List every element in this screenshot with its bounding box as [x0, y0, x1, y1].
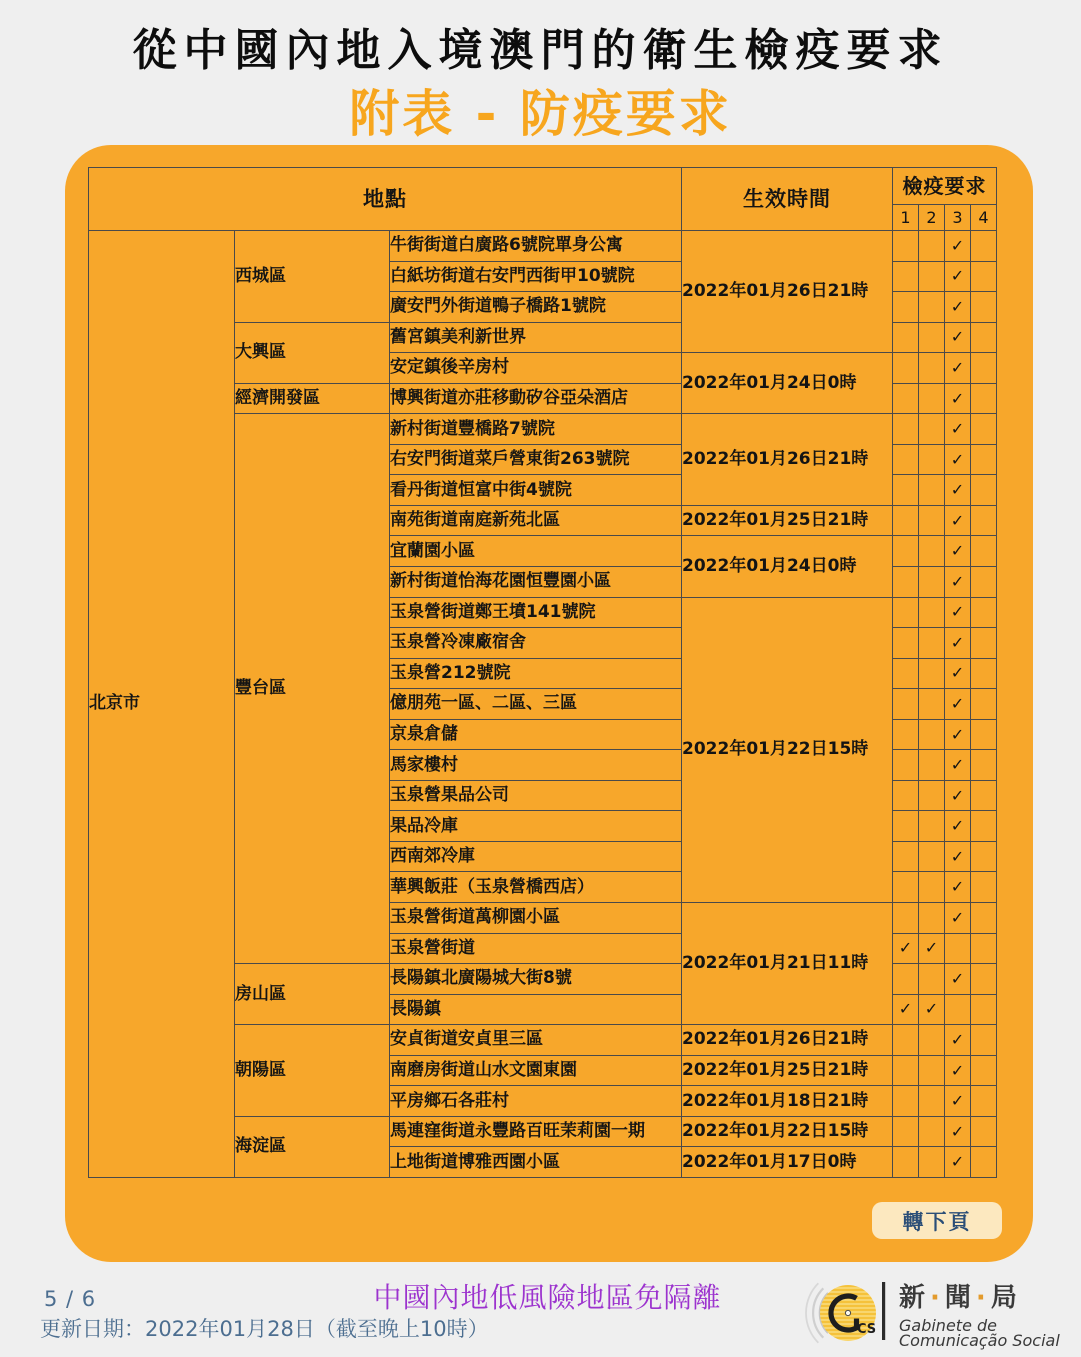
check-cell	[971, 964, 997, 995]
check-cell	[893, 841, 919, 872]
check-cell	[971, 811, 997, 842]
check-cell: ✓	[945, 689, 971, 720]
header-location: 地點	[89, 168, 682, 231]
check-cell	[971, 1055, 997, 1086]
check-cell	[893, 292, 919, 323]
check-cell	[971, 536, 997, 567]
check-cell	[919, 444, 945, 475]
check-cell	[971, 628, 997, 659]
check-cell	[971, 353, 997, 384]
logo-pt-line2: Comunicação Social	[899, 1333, 1060, 1348]
check-cell: ✓	[945, 841, 971, 872]
date-cell: 2022年01月18日21時	[682, 1086, 893, 1117]
district-cell: 海淀區	[235, 1116, 390, 1177]
check-cell	[893, 322, 919, 353]
check-cell	[919, 872, 945, 903]
place-cell: 安定鎮後辛房村	[390, 353, 682, 384]
date-cell: 2022年01月26日21時	[682, 1025, 893, 1056]
check-cell	[893, 719, 919, 750]
logo-cn-char: 聞	[945, 1283, 975, 1313]
place-cell: 玉泉營冷凍廠宿舍	[390, 628, 682, 659]
check-cell	[919, 567, 945, 598]
check-cell	[893, 261, 919, 292]
logo-cn-char: 新	[899, 1283, 929, 1313]
logo-cn-dot: ·	[976, 1283, 990, 1313]
check-cell	[893, 1147, 919, 1178]
check-cell	[893, 780, 919, 811]
check-cell: ✓	[919, 933, 945, 964]
check-cell	[893, 505, 919, 536]
check-cell	[971, 231, 997, 262]
place-cell: 看丹街道恒富中街4號院	[390, 475, 682, 506]
check-cell	[893, 1025, 919, 1056]
place-cell: 右安門街道菜戶營東街263號院	[390, 444, 682, 475]
place-cell: 白紙坊街道右安門西街甲10號院	[390, 261, 682, 292]
check-cell	[971, 261, 997, 292]
check-cell	[919, 536, 945, 567]
check-cell	[893, 872, 919, 903]
check-cell: ✓	[945, 872, 971, 903]
check-cell	[919, 292, 945, 323]
check-cell	[893, 964, 919, 995]
check-cell	[919, 1147, 945, 1178]
check-cell	[919, 597, 945, 628]
check-cell	[893, 689, 919, 720]
header-quarantine-requirements: 檢疫要求	[893, 168, 997, 205]
place-cell: 玉泉營街道萬柳園小區	[390, 903, 682, 934]
check-cell	[971, 322, 997, 353]
place-cell: 南磨房街道山水文園東園	[390, 1055, 682, 1086]
table-header-row-1: 地點 生效時間 檢疫要求	[89, 168, 997, 205]
place-cell: 平房鄉石各莊村	[390, 1086, 682, 1117]
place-cell: 廣安門外街道鴨子橋路1號院	[390, 292, 682, 323]
page-subtitle: 附表 - 防疫要求	[0, 74, 1081, 146]
check-cell	[971, 719, 997, 750]
check-cell: ✓	[945, 750, 971, 781]
district-cell: 朝陽區	[235, 1025, 390, 1117]
date-cell: 2022年01月17日0時	[682, 1147, 893, 1178]
check-cell	[893, 658, 919, 689]
check-cell	[919, 719, 945, 750]
logo-cn: 新·聞·局	[899, 1277, 1060, 1314]
check-cell	[893, 1116, 919, 1147]
place-cell: 上地街道博雅西園小區	[390, 1147, 682, 1178]
check-cell	[893, 353, 919, 384]
date-cell: 2022年01月25日21時	[682, 505, 893, 536]
check-cell	[971, 658, 997, 689]
check-cell	[919, 658, 945, 689]
header-req-4: 4	[971, 205, 997, 231]
check-cell: ✓	[945, 414, 971, 445]
check-cell	[971, 780, 997, 811]
check-cell: ✓	[945, 261, 971, 292]
header-req-3: 3	[945, 205, 971, 231]
check-cell	[919, 628, 945, 659]
check-cell	[893, 475, 919, 506]
check-cell	[893, 628, 919, 659]
check-cell: ✓	[945, 444, 971, 475]
date-cell: 2022年01月24日0時	[682, 536, 893, 597]
date-cell: 2022年01月24日0時	[682, 353, 893, 414]
place-cell: 新村街道怡海花園恒豐園小區	[390, 567, 682, 598]
place-cell: 長陽鎮北廣陽城大街8號	[390, 964, 682, 995]
place-cell: 宜蘭園小區	[390, 536, 682, 567]
place-cell: 牛街街道白廣路6號院單身公寓	[390, 231, 682, 262]
check-cell	[893, 536, 919, 567]
district-cell: 豐台區	[235, 414, 390, 964]
check-cell	[919, 261, 945, 292]
check-cell	[919, 811, 945, 842]
check-cell	[971, 933, 997, 964]
place-cell: 億朋苑一區、二區、三區	[390, 689, 682, 720]
table-panel: 地點 生效時間 檢疫要求 1 2 3 4 北京市西城區牛街街道白廣路6號院單身公…	[65, 145, 1033, 1262]
check-cell	[893, 383, 919, 414]
check-cell	[971, 383, 997, 414]
check-cell: ✓	[893, 933, 919, 964]
next-page-button[interactable]: 轉下頁	[872, 1202, 1002, 1239]
check-cell	[971, 505, 997, 536]
page: 從中國內地入境澳門的衛生檢疫要求 附表 - 防疫要求 地點 生效時間 檢疫要求 …	[0, 0, 1081, 1357]
page-title: 從中國內地入境澳門的衛生檢疫要求	[0, 14, 1081, 78]
logo-text-block: 新·聞·局 Gabinete de Comunicação Social	[899, 1277, 1060, 1348]
date-cell: 2022年01月26日21時	[682, 231, 893, 353]
date-cell: 2022年01月22日15時	[682, 1116, 893, 1147]
check-cell	[971, 841, 997, 872]
check-cell: ✓	[945, 780, 971, 811]
check-cell	[919, 964, 945, 995]
check-cell	[919, 322, 945, 353]
check-cell: ✓	[945, 964, 971, 995]
check-cell	[919, 780, 945, 811]
check-cell	[971, 994, 997, 1025]
district-cell: 房山區	[235, 964, 390, 1025]
logo-cn-char: 局	[991, 1283, 1021, 1313]
check-cell	[971, 444, 997, 475]
check-cell	[971, 750, 997, 781]
place-cell: 安貞街道安貞里三區	[390, 1025, 682, 1056]
header-effective-time: 生效時間	[682, 168, 893, 231]
check-cell	[893, 414, 919, 445]
check-cell: ✓	[945, 292, 971, 323]
check-cell: ✓	[919, 994, 945, 1025]
place-cell: 果品冷庫	[390, 811, 682, 842]
check-cell: ✓	[945, 231, 971, 262]
check-cell	[893, 903, 919, 934]
check-cell	[893, 1055, 919, 1086]
check-cell	[919, 505, 945, 536]
check-cell	[971, 414, 997, 445]
check-cell	[971, 1147, 997, 1178]
place-cell: 南苑街道南庭新苑北區	[390, 505, 682, 536]
check-cell	[971, 597, 997, 628]
table-body: 北京市西城區牛街街道白廣路6號院單身公寓2022年01月26日21時✓白紙坊街道…	[89, 231, 997, 1178]
check-cell	[893, 597, 919, 628]
check-cell: ✓	[945, 475, 971, 506]
check-cell: ✓	[945, 658, 971, 689]
check-cell	[893, 444, 919, 475]
check-cell	[971, 567, 997, 598]
check-cell	[971, 689, 997, 720]
check-cell	[919, 689, 945, 720]
check-cell	[893, 231, 919, 262]
header-req-2: 2	[919, 205, 945, 231]
check-cell: ✓	[945, 567, 971, 598]
place-cell: 馬連窪街道永豐路百旺茉莉園一期	[390, 1116, 682, 1147]
check-cell	[971, 475, 997, 506]
logo-cn-dot: ·	[930, 1283, 944, 1313]
district-cell: 西城區	[235, 231, 390, 323]
date-cell: 2022年01月22日15時	[682, 597, 893, 902]
check-cell	[971, 292, 997, 323]
check-cell	[893, 811, 919, 842]
check-cell: ✓	[945, 1055, 971, 1086]
update-date: 更新日期：2022年01月28日（截至晚上10時）	[40, 1313, 489, 1343]
check-cell	[919, 903, 945, 934]
city-cell: 北京市	[89, 231, 235, 1178]
check-cell: ✓	[945, 628, 971, 659]
place-cell: 西南郊冷庫	[390, 841, 682, 872]
place-cell: 馬家樓村	[390, 750, 682, 781]
date-cell: 2022年01月25日21時	[682, 1055, 893, 1086]
check-cell	[945, 933, 971, 964]
district-cell: 大興區	[235, 322, 390, 383]
header-req-1: 1	[893, 205, 919, 231]
place-cell: 長陽鎮	[390, 994, 682, 1025]
check-cell: ✓	[945, 505, 971, 536]
place-cell: 玉泉營212號院	[390, 658, 682, 689]
check-cell	[919, 1025, 945, 1056]
place-cell: 新村街道豐橋路7號院	[390, 414, 682, 445]
check-cell	[919, 1086, 945, 1117]
place-cell: 博興街道亦莊移動矽谷亞朵酒店	[390, 383, 682, 414]
check-cell: ✓	[945, 597, 971, 628]
check-cell	[919, 1055, 945, 1086]
check-cell: ✓	[945, 1147, 971, 1178]
district-cell: 經濟開發區	[235, 383, 390, 414]
date-cell: 2022年01月21日11時	[682, 903, 893, 1025]
gcs-logo-acronym: CS	[857, 1322, 876, 1337]
check-cell	[919, 414, 945, 445]
check-cell	[893, 567, 919, 598]
place-cell: 玉泉營街道	[390, 933, 682, 964]
check-cell: ✓	[945, 719, 971, 750]
gcs-logo-icon: CS	[791, 1271, 887, 1351]
check-cell	[945, 994, 971, 1025]
place-cell: 華興飯莊（玉泉營橋西店）	[390, 872, 682, 903]
check-cell: ✓	[945, 811, 971, 842]
place-cell: 京泉倉儲	[390, 719, 682, 750]
table-row: 北京市西城區牛街街道白廣路6號院單身公寓2022年01月26日21時✓	[89, 231, 997, 262]
place-cell: 舊宮鎮美利新世界	[390, 322, 682, 353]
quarantine-table: 地點 生效時間 檢疫要求 1 2 3 4 北京市西城區牛街街道白廣路6號院單身公…	[88, 167, 997, 1178]
check-cell	[919, 1116, 945, 1147]
check-cell: ✓	[945, 353, 971, 384]
check-cell: ✓	[945, 322, 971, 353]
place-cell: 玉泉營街道鄭王墳141號院	[390, 597, 682, 628]
check-cell: ✓	[945, 1086, 971, 1117]
check-cell	[971, 1086, 997, 1117]
check-cell	[919, 841, 945, 872]
date-cell: 2022年01月26日21時	[682, 414, 893, 506]
check-cell: ✓	[945, 383, 971, 414]
check-cell	[919, 475, 945, 506]
check-cell: ✓	[893, 994, 919, 1025]
check-cell: ✓	[945, 903, 971, 934]
check-cell	[971, 1116, 997, 1147]
check-cell: ✓	[945, 1025, 971, 1056]
check-cell: ✓	[945, 536, 971, 567]
check-cell	[919, 231, 945, 262]
check-cell	[919, 750, 945, 781]
check-cell: ✓	[945, 1116, 971, 1147]
check-cell	[919, 383, 945, 414]
check-cell	[971, 872, 997, 903]
check-cell	[893, 1086, 919, 1117]
check-cell	[919, 353, 945, 384]
check-cell	[971, 903, 997, 934]
check-cell	[893, 750, 919, 781]
place-cell: 玉泉營果品公司	[390, 780, 682, 811]
check-cell	[971, 1025, 997, 1056]
